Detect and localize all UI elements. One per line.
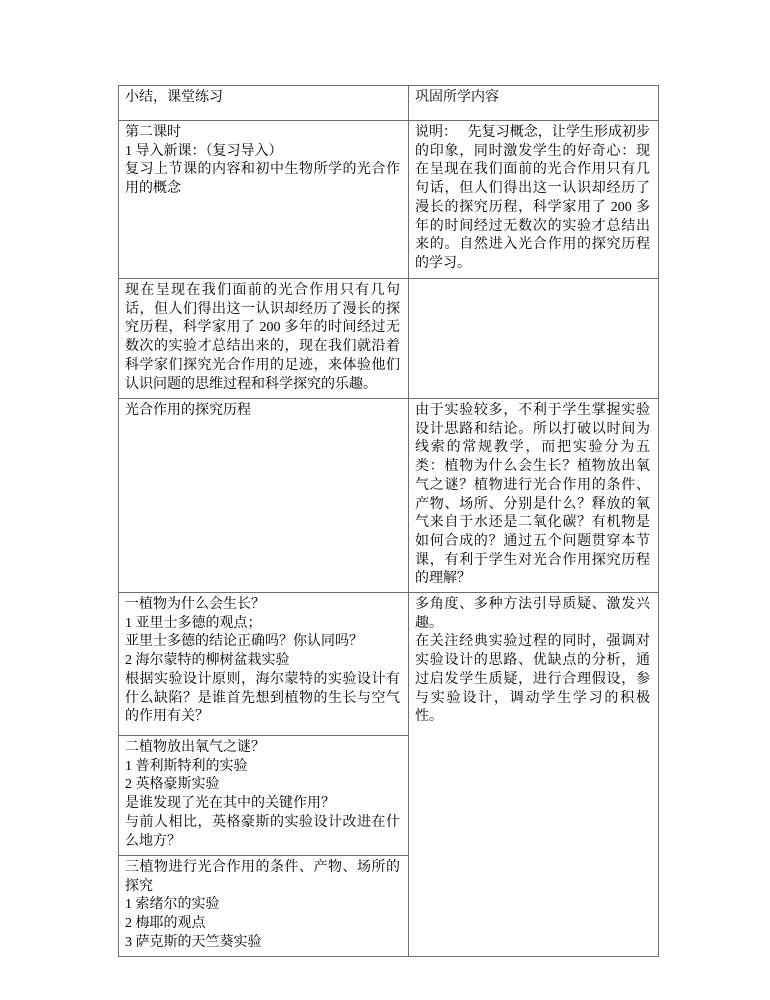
cell-text-line: 三植物进行光合作用的条件、产物、场所的探究 xyxy=(125,859,400,896)
table-row: 现在呈现在我们面前的光合作用只有几句话，但人们得出这一认识却经历了漫长的探究历程… xyxy=(119,279,659,399)
cell-text-line: 光合作用的探究历程 xyxy=(125,402,400,421)
cell-text-line: 复习上节课的内容和初中生物所学的光合作用的概念 xyxy=(125,161,400,198)
cell-text-line: 巩固所学内容 xyxy=(415,89,650,108)
cell-explanation-note: 说明： 先复习概念，让学生形成初步的印象，同时激发学生的好奇心：现在呈现在我们面… xyxy=(409,121,659,279)
cell-text-line: 第二课时 xyxy=(125,124,400,143)
cell-exploration-history-title: 光合作用的探究历程 xyxy=(119,399,409,593)
cell-question2-oxygen-mystery: 二植物放出氧气之谜？1 普利斯特利的实验2 英格豪斯实验是谁发现了光在其中的关键… xyxy=(119,736,409,856)
cell-text-line: 二植物放出氧气之谜？ xyxy=(125,739,400,758)
cell-text-line: 由于实验较多，不利于学生掌握实验设计思路和结论。所以打破以时间为线索的常规教学，… xyxy=(415,402,650,589)
cell-text-line: 多角度、多种方法引导质疑、激发兴趣。 xyxy=(415,596,650,633)
cell-experiment-grouping-note: 由于实验较多，不利于学生掌握实验设计思路和结论。所以打破以时间为线索的常规教学，… xyxy=(409,399,659,593)
cell-second-period-intro: 第二课时1 导入新课：（复习导入）复习上节课的内容和初中生物所学的光合作用的概念 xyxy=(119,121,409,279)
cell-text-line: 1 索绪尔的实验 xyxy=(125,896,400,915)
cell-summary-practice: 小结，课堂练习 xyxy=(119,86,409,121)
table-row: 一植物为什么会生长？1 亚里士多德的观点；亚里士多德的结论正确吗？你认同吗？2 … xyxy=(119,593,659,736)
cell-text-line: 亚里士多德的结论正确吗？你认同吗？ xyxy=(125,633,400,652)
table-row: 第二课时1 导入新课：（复习导入）复习上节课的内容和初中生物所学的光合作用的概念… xyxy=(119,121,659,279)
cell-text-line: 1 亚里士多德的观点； xyxy=(125,615,400,634)
cell-text-line: 说明： 先复习概念，让学生形成初步的印象，同时激发学生的好奇心：现在呈现在我们面… xyxy=(415,124,650,274)
cell-question3-conditions-products: 三植物进行光合作用的条件、产物、场所的探究1 索绪尔的实验2 梅耶的观点3 萨克… xyxy=(119,856,409,957)
cell-text-line: 现在呈现在我们面前的光合作用只有几句话，但人们得出这一认识却经历了漫长的探究历程… xyxy=(125,282,400,394)
cell-text-line: 一植物为什么会生长？ xyxy=(125,596,400,615)
cell-text-line: 在关注经典实验过程的同时，强调对实验设计的思路、优缺点的分析，通过启发学生质疑，… xyxy=(415,633,650,727)
document-page: 小结，课堂练习 巩固所学内容 第二课时1 导入新课：（复习导入）复习上节课的内容… xyxy=(0,0,770,1000)
cell-empty xyxy=(409,279,659,399)
cell-text-line: 与前人相比，英格豪斯的实验设计改进在什么地方？ xyxy=(125,814,400,851)
cell-text-line: 2 海尔蒙特的柳树盆栽实验 xyxy=(125,652,400,671)
cell-text-line: 3 萨克斯的天竺葵实验 xyxy=(125,934,400,953)
cell-transition-speech: 现在呈现在我们面前的光合作用只有几句话，但人们得出这一认识却经历了漫长的探究历程… xyxy=(119,279,409,399)
cell-text-line: 1 普利斯特利的实验 xyxy=(125,758,400,777)
cell-text-line: 是谁发现了光在其中的关键作用？ xyxy=(125,795,400,814)
cell-consolidate-content: 巩固所学内容 xyxy=(409,86,659,121)
cell-questioning-methods-note: 多角度、多种方法引导质疑、激发兴趣。在关注经典实验过程的同时，强调对实验设计的思… xyxy=(409,593,659,957)
cell-text-line: 小结，课堂练习 xyxy=(125,89,400,108)
table-row: 小结，课堂练习 巩固所学内容 xyxy=(119,86,659,121)
cell-text-line: 2 英格豪斯实验 xyxy=(125,776,400,795)
cell-text-line: 1 导入新课：（复习导入） xyxy=(125,143,400,162)
cell-question1-plant-growth: 一植物为什么会生长？1 亚里士多德的观点；亚里士多德的结论正确吗？你认同吗？2 … xyxy=(119,593,409,736)
cell-text-line: 2 梅耶的观点 xyxy=(125,915,400,934)
lesson-plan-table: 小结，课堂练习 巩固所学内容 第二课时1 导入新课：（复习导入）复习上节课的内容… xyxy=(118,85,659,957)
cell-text-line: 根据实验设计原则，海尔蒙特的实验设计有什么缺陷？是谁首先想到植物的生长与空气的作… xyxy=(125,671,400,727)
table-row: 光合作用的探究历程 由于实验较多，不利于学生掌握实验设计思路和结论。所以打破以时… xyxy=(119,399,659,593)
